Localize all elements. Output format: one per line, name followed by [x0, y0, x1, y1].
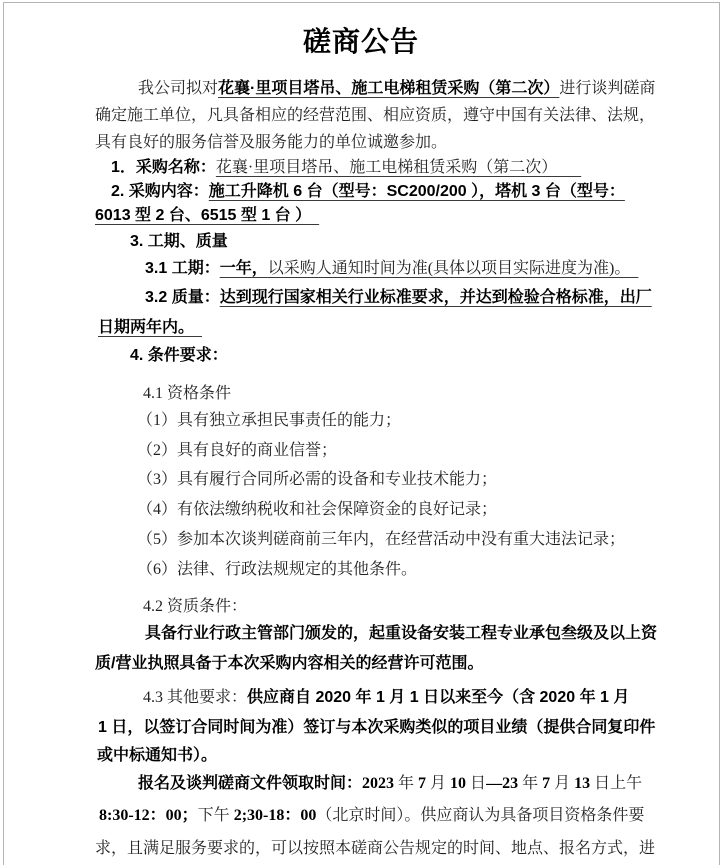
text-segment: （2）具有良好的商业信誉； [137, 442, 337, 459]
condition-3: （3）具有履行合同所必需的设备和专业技术能力； [137, 469, 497, 491]
text-segment: 4. 条件要求： [130, 347, 228, 364]
text-segment: （5）参加本次谈判磋商前三年内，在经营活动中没有重大违法记录； [137, 531, 625, 548]
text-segment: 具有良好的服务信誉及服务能力的单位诚邀参加。 [95, 134, 447, 151]
text-segment: 1 日，以签订合同时间为准）签订与本次采购类似的项目业绩（提供合同复印件 [98, 719, 655, 736]
intro-line-2: 确定施工单位，凡具备相应的经营范围、相应资质，遵守中国有关法律、法规， [95, 105, 655, 127]
document-page: 磋商公告 我公司拟对花襄·里项目塔吊、施工电梯租赁采购（第二次）进行谈判磋商确定… [0, 0, 722, 865]
text-segment: 6013 型 2 台、6515 型 1 台 ） [95, 207, 319, 224]
text-segment: 1．采购名称： [111, 159, 216, 176]
text-segment: （3）具有履行合同所必需的设备和专业技术能力； [137, 471, 497, 488]
text-segment: 日期两年内。 [98, 319, 202, 336]
item-3-2-quality-line-2: 日期两年内。 [98, 317, 202, 339]
item-4-1-qualification-conditions: 4.1 资格条件 [143, 383, 231, 405]
registration-time-line-2: 8:30-12：00；下午 2;30-18：00（北京时间）。供应商认为具备项目… [99, 805, 644, 827]
condition-5: （5）参加本次谈判磋商前三年内，在经营活动中没有重大违法记录； [137, 529, 625, 551]
text-segment: 进行谈判磋商 [559, 80, 655, 97]
item-2-procurement-content-line-1: 2. 采购内容：施工升降机 6 台（型号：SC200/200 ），塔机 3 台（… [111, 181, 625, 203]
condition-1: （1）具有独立承担民事责任的能力； [137, 410, 401, 432]
text-segment: 以采购人通知时间为准(具体以项目实际进度为准)。 [268, 260, 639, 277]
text-segment: —23 [486, 775, 518, 792]
condition-4: （4）有依法缴纳税收和社会保障资金的良好记录； [137, 499, 497, 521]
text-segment: 月 [426, 775, 450, 792]
text-segment: 7 [418, 775, 426, 792]
text-segment: 年 [394, 775, 418, 792]
text-segment: 3. 工期、质量 [130, 233, 228, 250]
text-segment: （北京时间）。供应商认为具备项目资格条件要 [316, 807, 644, 824]
text-segment: 4.2 资质条件： [143, 598, 247, 615]
text-segment: 10 [450, 775, 466, 792]
text-segment: 求，且满足服务要求的，可以按照本磋商公告规定的时间、地点、报名方式，进 [95, 840, 655, 857]
item-4-2-credential-conditions: 4.2 资质条件： [143, 596, 247, 618]
credential-text-line-2: 质/营业执照具备于本次采购内容相关的经营许可范围。 [95, 653, 483, 675]
text-segment: 或中标通知书）。 [97, 747, 217, 764]
intro-line-1: 我公司拟对花襄·里项目塔吊、施工电梯租赁采购（第二次）进行谈判磋商 [138, 78, 655, 100]
text-segment: 确定施工单位，凡具备相应的经营范围、相应资质，遵守中国有关法律、法规， [95, 107, 655, 124]
item-3-2-quality-line-1: 3.2 质量：达到现行国家相关行业标准要求，并达到检验合格标准，出厂 [145, 287, 652, 309]
text-segment: 下午 [198, 807, 234, 824]
registration-time-line-3: 求，且满足服务要求的，可以按照本磋商公告规定的时间、地点、报名方式，进 [95, 838, 655, 860]
text-segment: 3.2 质量： [145, 289, 220, 306]
text-segment: 2;30-18：00 [234, 807, 317, 824]
text-segment: 我公司拟对 [138, 80, 218, 97]
registration-time-line-1: 报名及谈判磋商文件领取时间：2023 年 7 月 10 日—23 年 7 月 1… [138, 773, 642, 795]
text-segment: 施工升降机 6 台（型号：SC200/200 ），塔机 3 台（型号： [209, 183, 625, 200]
item-1-procurement-name: 1．采购名称：花襄·里项目塔吊、施工电梯租赁采购（第二次） [111, 157, 581, 179]
item-4-3-other-requirements-line-1: 4.3 其他要求：供应商自 2020 年 1 月 1 日以来至今（含 2020 … [143, 687, 629, 709]
document-title: 磋商公告 [0, 20, 722, 60]
text-segment: 7 [542, 775, 550, 792]
item-2-procurement-content-line-2: 6013 型 2 台、6515 型 1 台 ） [95, 205, 319, 227]
item-4-3-other-requirements-line-2: 1 日，以签订合同时间为准）签订与本次采购类似的项目业绩（提供合同复印件 [98, 717, 655, 739]
text-segment: 一年， [220, 260, 268, 277]
heading-3-duration-quality: 3. 工期、质量 [130, 231, 228, 253]
text-segment: （4）有依法缴纳税收和社会保障资金的良好记录； [137, 501, 497, 518]
condition-6: （6）法律、行政法规规定的其他条件。 [137, 559, 417, 581]
text-segment: 日上午 [590, 775, 642, 792]
text-segment: 月 [550, 775, 574, 792]
text-segment: 4.3 其他要求： [143, 689, 247, 706]
text-segment: 达到现行国家相关行业标准要求，并达到检验合格标准，出厂 [220, 289, 652, 306]
text-segment: 质/营业执照具备于本次采购内容相关的经营许可范围。 [95, 655, 483, 672]
heading-4-condition-requirements: 4. 条件要求： [130, 345, 228, 367]
text-segment: 2023 [362, 775, 394, 792]
text-segment: 4.1 资格条件 [143, 385, 231, 402]
text-segment: （6）法律、行政法规规定的其他条件。 [137, 561, 417, 578]
text-segment: 花襄·里项目塔吊、施工电梯租赁采购（第二次） [218, 80, 559, 97]
text-segment: 8:30-12：00； [99, 807, 198, 824]
text-segment: 3.1 工期： [145, 260, 220, 277]
item-4-3-other-requirements-line-3: 或中标通知书）。 [97, 745, 217, 767]
text-segment: 年 [518, 775, 542, 792]
text-segment: （1）具有独立承担民事责任的能力； [137, 412, 401, 429]
text-segment: 花襄·里项目塔吊、施工电梯租赁采购（第二次） [216, 159, 581, 176]
text-segment: 具备行业行政主管部门颁发的，起重设备安装工程专业承包叁级及以上资 [145, 625, 657, 642]
text-segment: 2. 采购内容： [111, 183, 209, 200]
text-segment: 日 [466, 775, 486, 792]
intro-line-3: 具有良好的服务信誉及服务能力的单位诚邀参加。 [95, 132, 447, 154]
condition-2: （2）具有良好的商业信誉； [137, 440, 337, 462]
item-3-1-duration: 3.1 工期：一年，以采购人通知时间为准(具体以项目实际进度为准)。 [145, 258, 638, 280]
text-segment: 13 [574, 775, 590, 792]
text-segment: 报名及谈判磋商文件领取时间： [138, 775, 362, 792]
text-segment: 供应商自 2020 年 1 月 1 日以来至今（含 2020 年 1 月 [247, 689, 629, 706]
credential-text-line-1: 具备行业行政主管部门颁发的，起重设备安装工程专业承包叁级及以上资 [145, 623, 657, 645]
